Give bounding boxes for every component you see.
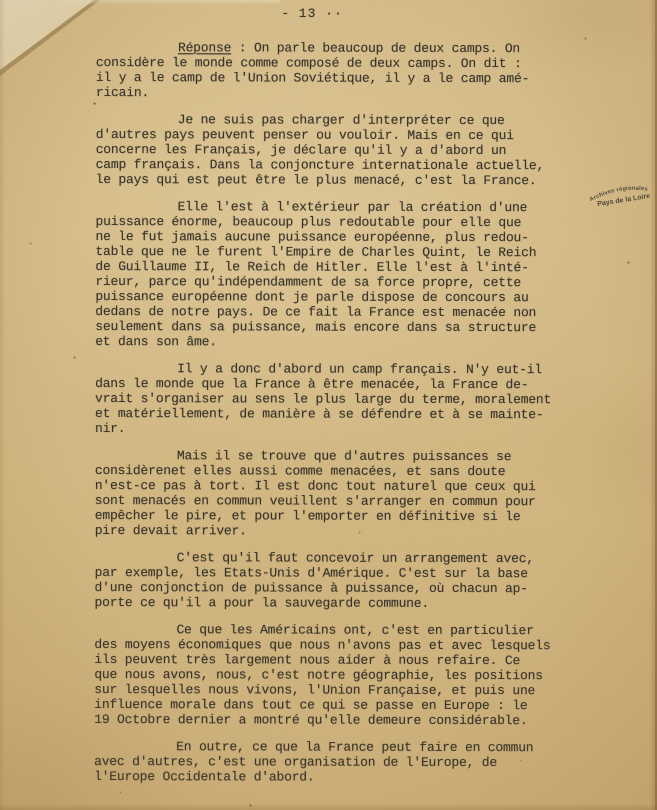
text-line: empêcher le pire, et pour l'emporter en … [95, 508, 585, 524]
text-line: camp français. Dans la conjoncture inter… [96, 157, 586, 173]
text-line: puissance énorme, beaucoup plus redoutab… [96, 214, 586, 230]
text-line: dedans de notre pays. De ce fait la Fran… [95, 304, 585, 320]
text-line: considèrenet elles aussi comme menacées,… [95, 463, 585, 479]
text-line: C'est qu'il faut concevoir un arrangemen… [95, 550, 585, 566]
paragraph: Il y a donc d'abord un camp français. N'… [95, 361, 585, 437]
text-line: vrait s'organiser au sens le plus large … [95, 391, 585, 407]
text-line: Ce que les Américains ont, c'est en part… [94, 622, 584, 638]
text-line: le pays qui est peut être le plus menacé… [96, 172, 586, 188]
paragraph: Réponse : On parle beaucoup de deux camp… [96, 40, 586, 101]
text-line: des moyens économiques que nous n'avons … [94, 637, 584, 653]
paper-edge-right [650, 0, 657, 810]
text-line: nir. [95, 421, 585, 437]
text-line: d'une conjonction de puissance à puissan… [95, 580, 585, 596]
text-line: concerne les Français, je déclare qu'il … [96, 142, 586, 158]
text-line: avec d'autres, c'est une organisation de… [94, 754, 584, 770]
paragraph: Je ne suis pas charger d'interpréter ce … [96, 112, 586, 188]
text-line: n'est-ce pas à tort. Il est donc tout na… [95, 478, 585, 494]
text-line: table que ne le furent l'Empire de Charl… [95, 244, 585, 260]
text-line: Je ne suis pas charger d'interpréter ce … [96, 112, 586, 128]
paragraph: En outre, ce que la France peut faire en… [94, 739, 584, 785]
text-line: ne le fut jamais aucune puissance europé… [95, 229, 585, 245]
text-line: sur lesquelles nous vivons, l'Union Fran… [94, 682, 584, 698]
text-line: sont menacés en commun veuillent s'arran… [95, 493, 585, 509]
text-line: que nous avons, nous, c'est notre géogra… [94, 667, 584, 683]
paper-speckles [0, 0, 1, 1]
text-line: porte ce qu'il a pour la sauvegarde comm… [95, 595, 585, 611]
page-number: - 13 ·· [252, 6, 372, 21]
text-line: Mais il se trouve que d'autres puissance… [95, 448, 585, 464]
paragraph: C'est qu'il faut concevoir un arrangemen… [95, 550, 585, 611]
text-line: ricain. [96, 85, 586, 101]
text-line: et dans son âme. [95, 334, 585, 350]
paragraph: Ce que les Américains ont, c'est en part… [94, 622, 584, 728]
text-line: 19 Octobre dernier a montré qu'elle deme… [94, 712, 584, 728]
text-line: Réponse : On parle beaucoup de deux camp… [96, 40, 586, 56]
text-line: dans le monde que la France à être menac… [95, 376, 585, 392]
text-line: l'Europe Occidentale d'abord. [94, 769, 584, 785]
text-line: par exemple, les Etats-Unis d'Amérique. … [95, 565, 585, 581]
text-line: En outre, ce que la France peut faire en… [94, 739, 584, 755]
text-line: puissance européenne dont je parle dispo… [95, 289, 585, 305]
text-line-rest: : On parle beaucoup de deux camps. On [231, 40, 520, 56]
text-block: Réponse : On parle beaucoup de deux camp… [94, 40, 586, 797]
scanned-document-page: - 13 ·· Réponse : On parle beaucoup de d… [0, 0, 657, 810]
text-line: d'autres pays peuvent penser ou vouloir.… [96, 127, 586, 143]
text-line: pire devait arriver. [95, 523, 585, 539]
text-line: il y a le camp de l'Union Soviétique, il… [96, 70, 586, 86]
text-line: ils peuvent très largement nous aider à … [94, 652, 584, 668]
paragraph-label: Réponse [178, 40, 231, 55]
paper-edge-top [60, 0, 280, 5]
paper-edge-bottom [0, 803, 657, 810]
text-line: Elle l'est à l'extérieur par la création… [96, 199, 586, 215]
text-line: considère le monde comme composé de deux… [96, 55, 586, 71]
text-line: seulement dans sa puissance, mais encore… [95, 319, 585, 335]
text-line: de Guillaume II, le Reich de Hitler. Ell… [95, 259, 585, 275]
paragraph: Mais il se trouve que d'autres puissance… [95, 448, 585, 539]
text-line: et matériellement, de manière à se défen… [95, 406, 585, 422]
text-line: influence morale dans tout ce qui se pas… [94, 697, 584, 713]
archive-stamp: Archives régionales Pays de la Loire [587, 179, 657, 207]
paper-edge-left [0, 0, 5, 810]
paragraph: Elle l'est à l'extérieur par la création… [95, 199, 585, 350]
text-line: Il y a donc d'abord un camp français. N'… [95, 361, 585, 377]
text-line: rieur, parce qu'indépendamment de sa for… [95, 274, 585, 290]
